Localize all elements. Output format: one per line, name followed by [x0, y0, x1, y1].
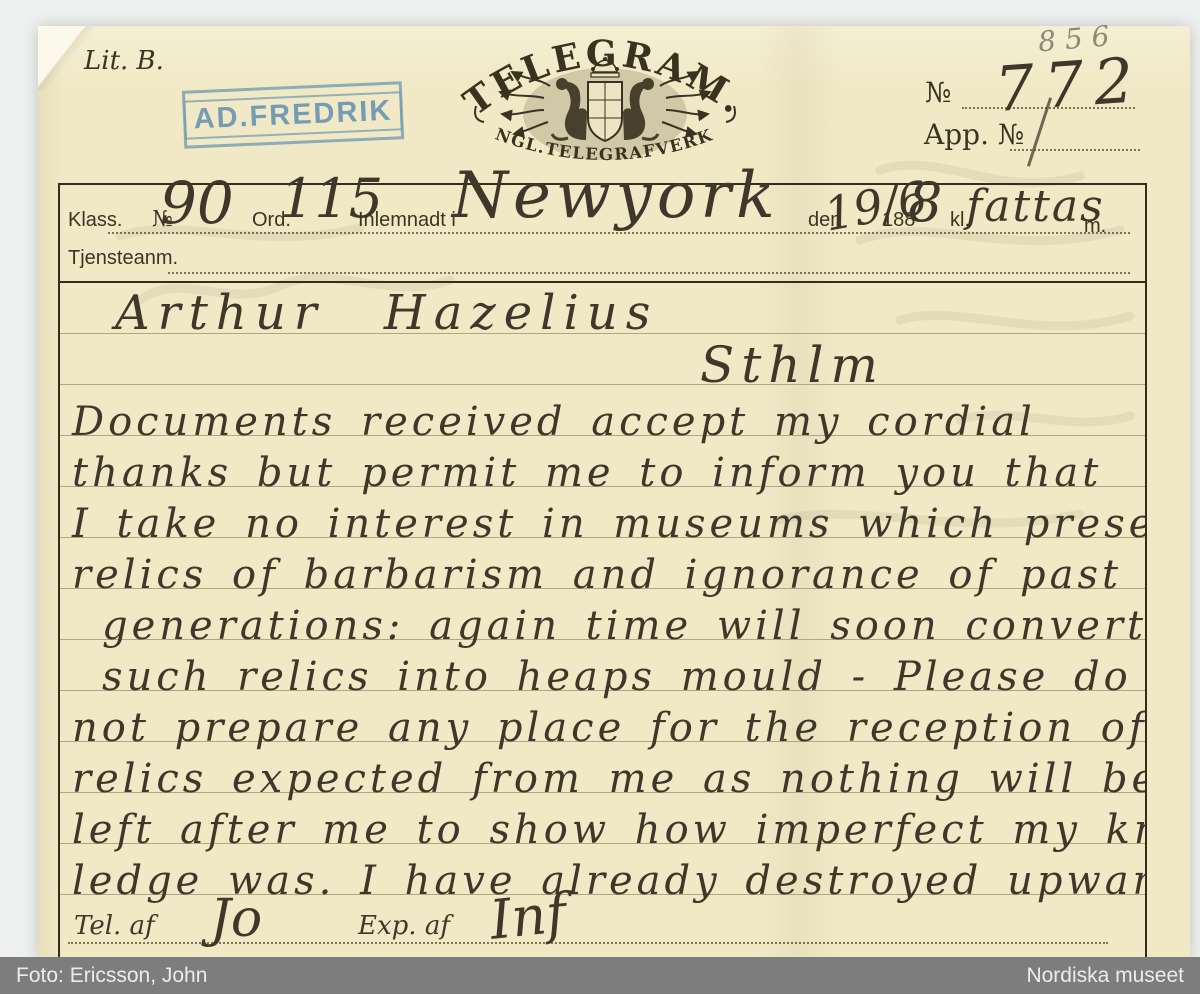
- museum-name: Nordiska museet: [1026, 964, 1184, 988]
- ruled-row: relics of barbarism and ignorance of pas…: [60, 538, 1145, 589]
- telegram-photo: Lit. B. AD.FREDRIK: [0, 0, 1200, 994]
- ruled-row: Documents received accept my cordial: [60, 385, 1145, 436]
- ruled-row: Sthlm: [60, 334, 1145, 385]
- lit-b-label: Lit. B.: [84, 46, 164, 76]
- photo-credit-bar: Foto: Ericsson, John Nordiska museet: [0, 957, 1200, 994]
- photo-credit: Foto: Ericsson, John: [16, 964, 207, 988]
- ruled-row: generations: again time will soon conver…: [60, 589, 1145, 640]
- year-digit-value: 8: [908, 171, 942, 234]
- tjensteanm-label: Tjensteanm.: [68, 247, 178, 270]
- klass-number-value: 90: [160, 169, 234, 237]
- tjensteanm-dotted-line: [168, 271, 1130, 274]
- tel-af-value: Jo: [210, 889, 262, 949]
- telegram-form-box: Klass. № 90 Ord. 115 Inlemnadt i Newyork…: [58, 183, 1147, 962]
- exp-af-value: Inf: [487, 881, 569, 952]
- operator-row: Tel. af Jo Exp. af Inf: [60, 895, 1145, 960]
- app-no-dotted-line: [1010, 148, 1140, 151]
- app-no-label: App. №: [924, 118, 1024, 151]
- ruled-row: ledge was. I have already destroyed upwa…: [60, 844, 1145, 895]
- m-label: m.: [1084, 215, 1106, 238]
- ruled-row: such relics into heaps mould - Please do: [60, 640, 1145, 691]
- origin-city-value: Newyork: [452, 159, 780, 233]
- exp-af-label: Exp. af: [358, 911, 450, 941]
- inlemnadt-label: Inlemnadt i: [358, 209, 456, 232]
- ruled-row: left after me to show how imperfect my k…: [60, 793, 1145, 844]
- ruled-row: I take no interest in museums which pres…: [60, 487, 1145, 538]
- addressee: Arthur Hazelius: [115, 285, 658, 341]
- message-area: Arthur Hazelius Sthlm Documents received…: [60, 283, 1145, 960]
- ruled-row: not prepare any place for the reception …: [60, 691, 1145, 742]
- stamp-text: AD.FREDRIK: [183, 91, 403, 140]
- telegram-number-value: 772: [993, 43, 1146, 126]
- ruled-row: thanks but permit me to inform you that: [60, 436, 1145, 487]
- tel-af-label: Tel. af: [74, 911, 155, 941]
- ruled-row: relics expected from me as nothing will …: [60, 742, 1145, 793]
- form-header-band: Klass. № 90 Ord. 115 Inlemnadt i Newyork…: [60, 185, 1145, 283]
- ad-fredrik-stamp: AD.FREDRIK: [182, 81, 404, 149]
- no-label: №: [925, 76, 952, 109]
- klass-label: Klass.: [68, 209, 122, 232]
- shield-icon: [588, 82, 622, 141]
- ruled-row: Arthur Hazelius: [60, 283, 1145, 334]
